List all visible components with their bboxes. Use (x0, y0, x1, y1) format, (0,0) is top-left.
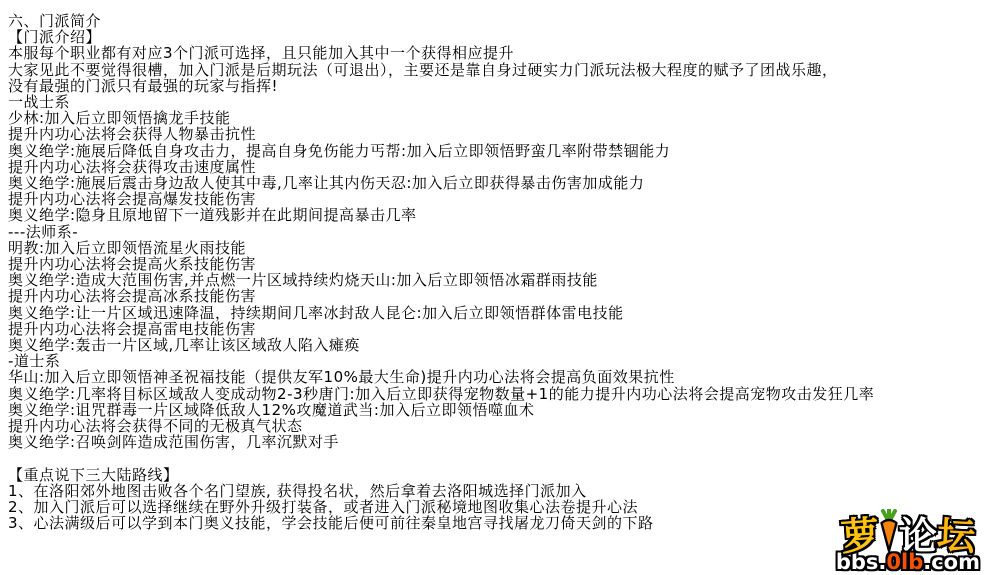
text-line: 奥义绝学:造成大范围伤害,并点燃一片区域持续灼烧天山:加入后立即领悟冰霜群雨技能 (8, 272, 984, 288)
text-line: 六、门派简介 (8, 13, 984, 29)
text-line: 奥义绝学:几率将目标区域敌人变成动物2-3秒唐门:加入后立即获得宠物数量+1的能… (8, 386, 984, 402)
text-line: 本服每个职业都有对应3个门派可选择，且只能加入其中一个获得相应提升 (8, 45, 984, 61)
text-line: 【门派介绍】 (8, 29, 984, 45)
page: 六、门派简介【门派介绍】本服每个职业都有对应3个门派可选择，且只能加入其中一个获… (0, 0, 984, 575)
text-line: 奥义绝学:施展后降低自身攻击力，提高自身免伤能力丐帮:加入后立即领悟野蛮几率附带… (8, 143, 984, 159)
text-line: 少林:加入后立即领悟擒龙手技能 (8, 110, 984, 126)
carrot-icon (878, 509, 900, 553)
text-line: 提升内功心法将会提高火系技能伤害 (8, 256, 984, 272)
text-line: 提升内功心法将会提高爆发技能伤害 (8, 191, 984, 207)
text-line: ---法师系- (8, 224, 984, 240)
text-line: 华山:加入后立即领悟神圣祝福技能（提供友军10%最大生命)提升内功心法将会提高负… (8, 369, 984, 385)
blank-line (8, 450, 984, 466)
text-line: 提升内功心法将会获得人物暴击抗性 (8, 126, 984, 142)
text-line: 提升内功心法将会获得不同的无极真气状态 (8, 418, 984, 434)
text-line: 奥义绝学:让一片区域迅速降温，持续期间几率冰封敌人昆仑:加入后立即领悟群体雷电技… (8, 305, 984, 321)
text-line: 大家见此不要觉得很槽，加入门派是后期玩法（可退出），主要还是靠自身过硬实力门派玩… (8, 62, 984, 78)
text-line: 提升内功心法将会提高雷电技能伤害 (8, 321, 984, 337)
text-line: -道士系 (8, 353, 984, 369)
text-line: 提升内功心法将会提高冰系技能伤害 (8, 288, 984, 304)
logo-url-highlight: 0lb (886, 550, 923, 574)
text-line: 奥义绝学:隐身且原地留下一道残影并在此期间提高暴击几率 (8, 207, 984, 223)
text-line: 提升内功心法将会获得攻击速度属性 (8, 159, 984, 175)
text-line: 1、在洛阳郊外地图击败各个名门望族, 获得投名状，然后拿着去洛阳城选择门派加入 (8, 483, 984, 499)
document-body: 六、门派简介【门派介绍】本服每个职业都有对应3个门派可选择，且只能加入其中一个获… (8, 13, 984, 532)
logo-site-name: 萝 论 坛 (836, 509, 980, 555)
text-line: 【重点说下三大陆路线】 (8, 467, 984, 483)
forum-logo-watermark: 萝 论 坛 bbs.0lb.com (836, 509, 980, 573)
text-line: 奥义绝学:施展后震击身边敌人使其中毒,几率让其内伤天忍:加入后立即获得暴击伤害加… (8, 175, 984, 191)
document-lines: 六、门派简介【门派介绍】本服每个职业都有对应3个门派可选择，且只能加入其中一个获… (8, 13, 984, 532)
text-line: 没有最强的门派只有最强的玩家与指挥! (8, 78, 984, 94)
text-line: 奥义绝学:诅咒群毒一片区域降低敌人12%攻魔道武当:加入后立即领悟噬血术 (8, 402, 984, 418)
text-line: 明教:加入后立即领悟流星火雨技能 (8, 240, 984, 256)
text-line: 奥义绝学:召唤剑阵造成范围伤害，几率沉默对手 (8, 434, 984, 450)
text-line: 一战士系 (8, 94, 984, 110)
logo-char-luo: 萝 (840, 516, 881, 557)
text-line: 奥义绝学:轰击一片区域,几率让该区域敌人陷入瘫痪 (8, 337, 984, 353)
logo-char-tan: 坛 (936, 516, 976, 556)
